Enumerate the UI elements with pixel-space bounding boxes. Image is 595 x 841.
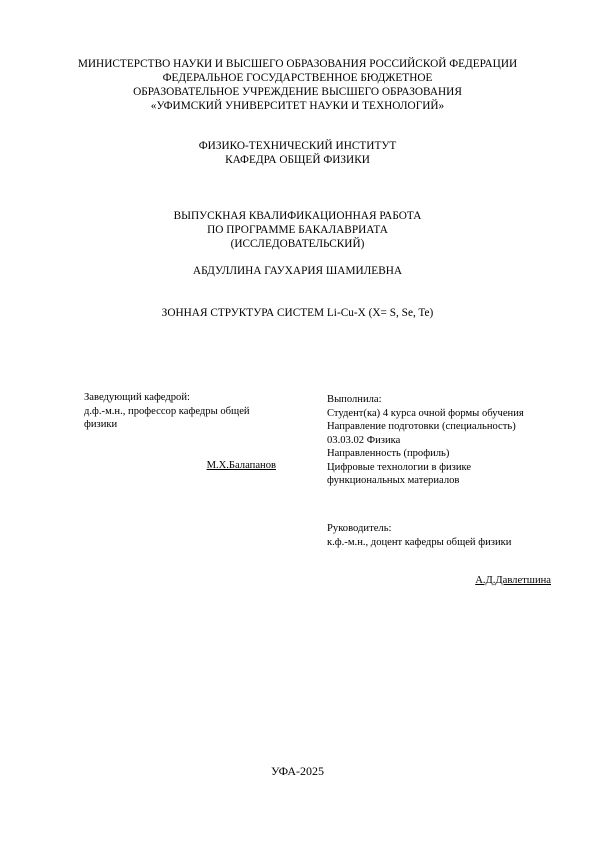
performer-line: Цифровые технологии в физике bbox=[327, 461, 567, 475]
supervisor-line: Руководитель: bbox=[327, 522, 567, 536]
city-year: УФА-2025 bbox=[0, 764, 595, 778]
work-type-line: ПО ПРОГРАММЕ БАКАЛАВРИАТА bbox=[0, 223, 595, 237]
author-name-text: АБДУЛЛИНА ГАУХАРИЯ ШАМИЛЕВНА bbox=[0, 264, 595, 278]
city-year-text: УФА-2025 bbox=[0, 764, 595, 778]
supervisor-block: Руководитель: к.ф.-м.н., доцент кафедры … bbox=[327, 522, 567, 549]
work-type-line: ВЫПУСКНАЯ КВАЛИФИКАЦИОННАЯ РАБОТА bbox=[0, 209, 595, 223]
performer-line: 03.03.02 Физика bbox=[327, 434, 567, 448]
department-name: КАФЕДРА ОБЩЕЙ ФИЗИКИ bbox=[0, 153, 595, 167]
institute-name: ФИЗИКО-ТЕХНИЧЕСКИЙ ИНСТИТУТ bbox=[0, 139, 595, 153]
performer-line: функциональных материалов bbox=[327, 474, 567, 488]
head-line: Заведующий кафедрой: bbox=[84, 391, 304, 405]
header-line: МИНИСТЕРСТВО НАУКИ И ВЫСШЕГО ОБРАЗОВАНИЯ… bbox=[0, 57, 595, 71]
performer-line: Направление подготовки (специальность) bbox=[327, 420, 567, 434]
head-line: физики bbox=[84, 418, 304, 432]
header-line: ФЕДЕРАЛЬНОЕ ГОСУДАРСТВЕННОЕ БЮДЖЕТНОЕ bbox=[0, 71, 595, 85]
header-line: ОБРАЗОВАТЕЛЬНОЕ УЧРЕЖДЕНИЕ ВЫСШЕГО ОБРАЗ… bbox=[0, 85, 595, 99]
performer-block: Выполнила: Студент(ка) 4 курса очной фор… bbox=[327, 393, 567, 488]
head-line: д.ф.-м.н., профессор кафедры общей bbox=[84, 405, 304, 419]
ministry-header: МИНИСТЕРСТВО НАУКИ И ВЫСШЕГО ОБРАЗОВАНИЯ… bbox=[0, 57, 595, 113]
author-name: АБДУЛЛИНА ГАУХАРИЯ ШАМИЛЕВНА bbox=[0, 264, 595, 278]
head-of-department-block: Заведующий кафедрой: д.ф.-м.н., профессо… bbox=[84, 391, 304, 432]
supervisor-line: к.ф.-м.н., доцент кафедры общей физики bbox=[327, 536, 567, 550]
head-signature: М.Х.Балапанов bbox=[84, 459, 276, 472]
work-type-line: (ИССЛЕДОВАТЕЛЬСКИЙ) bbox=[0, 237, 595, 251]
thesis-topic: ЗОННАЯ СТРУКТУРА СИСТЕМ Li-Cu-X (X= S, S… bbox=[0, 306, 595, 320]
title-page: МИНИСТЕРСТВО НАУКИ И ВЫСШЕГО ОБРАЗОВАНИЯ… bbox=[0, 0, 595, 841]
thesis-topic-text: ЗОННАЯ СТРУКТУРА СИСТЕМ Li-Cu-X (X= S, S… bbox=[0, 306, 595, 320]
performer-line: Студент(ка) 4 курса очной формы обучения bbox=[327, 407, 567, 421]
performer-line: Направленность (профиль) bbox=[327, 447, 567, 461]
performer-line: Выполнила: bbox=[327, 393, 567, 407]
work-type: ВЫПУСКНАЯ КВАЛИФИКАЦИОННАЯ РАБОТА ПО ПРО… bbox=[0, 209, 595, 251]
supervisor-signature: А.Д.Давлетшина bbox=[327, 574, 551, 587]
institute-header: ФИЗИКО-ТЕХНИЧЕСКИЙ ИНСТИТУТ КАФЕДРА ОБЩЕ… bbox=[0, 139, 595, 167]
header-line: «УФИМСКИЙ УНИВЕРСИТЕТ НАУКИ И ТЕХНОЛОГИЙ… bbox=[0, 99, 595, 113]
